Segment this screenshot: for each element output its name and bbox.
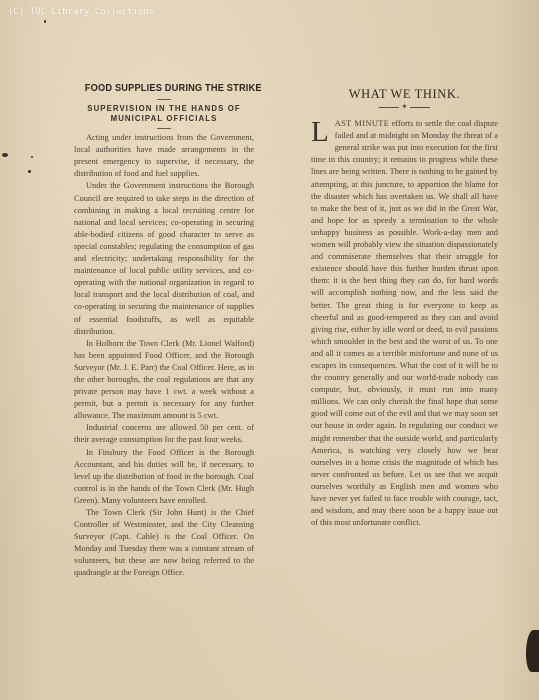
paragraph: Industrial concerns are allowed 50 per c… xyxy=(74,422,254,446)
ink-speck xyxy=(44,20,46,23)
paper-damage xyxy=(526,630,539,672)
paragraph: Under the Government instructions the Bo… xyxy=(74,180,254,337)
paragraph: In Finsbury the Food Officer is the Boro… xyxy=(74,447,254,507)
ornament-line xyxy=(410,107,430,108)
ornament-line xyxy=(379,107,399,108)
left-headline: FOOD SUPPLIES DURING THE STRIKE xyxy=(85,82,243,94)
headline-divider xyxy=(157,99,171,100)
drop-cap: L xyxy=(311,119,329,145)
editorial-text: efforts to settle the coal dispute faile… xyxy=(311,119,498,527)
ink-speck xyxy=(31,156,33,158)
ink-speck xyxy=(2,153,8,157)
editorial-paragraph: LAST MINUTE efforts to settle the coal d… xyxy=(311,118,498,529)
ink-speck xyxy=(28,170,31,173)
left-article: FOOD SUPPLIES DURING THE STRIKE SUPERVIS… xyxy=(74,82,254,580)
left-subheadline: SUPERVISION IN THE HANDS OF MUNICIPAL OF… xyxy=(74,104,254,124)
copyright-watermark: (C) TUC Library Collections xyxy=(8,7,154,17)
lead-words: AST MINUTE xyxy=(335,119,390,128)
ornament-divider: ✦ xyxy=(311,102,498,112)
paragraph: In Holborn the Town Clerk (Mr. Lionel Wa… xyxy=(74,338,254,423)
subheadline-divider xyxy=(157,128,171,129)
right-article: WHAT WE THINK. ✦ LAST MINUTE efforts to … xyxy=(311,88,498,529)
ornament-icon: ✦ xyxy=(401,102,408,111)
paragraph: Acting under instructions from the Gover… xyxy=(74,132,254,180)
paragraph: The Town Clerk (Sir John Hunt) is the Ch… xyxy=(74,507,254,580)
right-headline: WHAT WE THINK. xyxy=(311,88,498,100)
